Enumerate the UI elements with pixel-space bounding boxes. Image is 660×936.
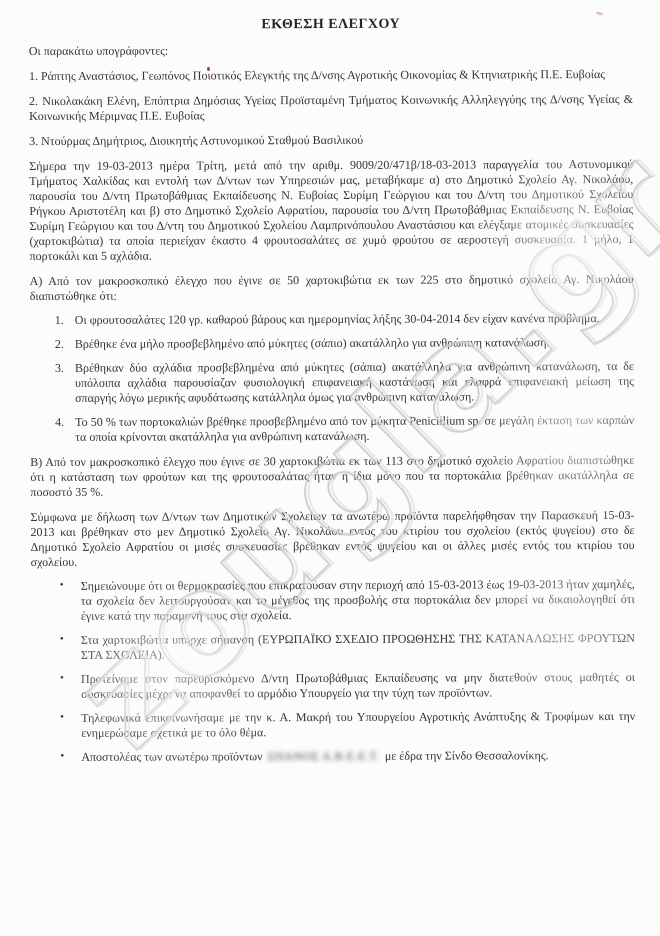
finding-item: 1. Οι φρουτοσαλάτες 120 γρ. καθαρού βάρο… — [30, 311, 634, 328]
intro-line: Οι παρακάτω υπογράφοντες: — [29, 42, 633, 59]
finding-text: Βρέθηκαν δύο αχλάδια προσβεβλημένα από μ… — [75, 359, 634, 405]
note-text: Στα χαρτοκιβώτια υπήρχε σήμανση (ΕΥΡΩΠΑΪ… — [81, 631, 635, 662]
note-text: Σημειώνουμε ότι οι θερμοκρασίες που επικ… — [81, 577, 635, 623]
note-text: Προτείναμε στον παρευρισκόμενο Δ/ντη Πρω… — [81, 670, 635, 701]
scanned-inspection-report-page: zougla.gr ΕΚΘΕΣΗ ΕΛΕΓΧΟΥ Οι παρακάτω υπο… — [0, 0, 660, 936]
opening-paragraph: Σήμερα την 19-03-2013 ημέρα Τρίτη, μετά … — [29, 157, 633, 264]
section-b-paragraph: Β) Από τον μακροσκοπικό έλεγχο που έγινε… — [30, 453, 634, 500]
finding-text: Οι φρουτοσαλάτες 120 γρ. καθαρού βάρους … — [75, 311, 600, 327]
bullet-marker: • — [60, 749, 64, 764]
note-item: • Προτείναμε στον παρευρισκόμενο Δ/ντη Π… — [31, 670, 635, 702]
finding-number: 2. — [55, 337, 64, 352]
red-dot-artifact — [207, 67, 210, 71]
sender-note-item: • Αποστολέας των ανωτέρω προϊόντων ΣΠΑΝΟ… — [31, 748, 635, 765]
finding-item: 3. Βρέθηκαν δύο αχλάδια προσβεβλημένα απ… — [30, 359, 634, 406]
section-a-findings-list: 1. Οι φρουτοσαλάτες 120 γρ. καθαρού βάρο… — [30, 311, 634, 445]
bullet-marker: • — [60, 632, 64, 647]
signatory-2: 2. Νικολακάκη Ελένη, Επόπτρια Δημόσιας Υ… — [29, 92, 633, 124]
blurred-company-name: ΣΠΑΝΟΣ Α.Β.Ε.Ε.Τ. — [266, 749, 382, 763]
finding-number: 1. — [55, 313, 64, 328]
document-title: ΕΚΘΕΣΗ ΕΛΕΓΧΟΥ — [29, 16, 633, 34]
delivery-paragraph: Σύμφωνα με δήλωση των Δ/ντων των Δημοτικ… — [30, 508, 634, 570]
finding-number: 3. — [55, 361, 64, 376]
bullet-marker: • — [60, 578, 64, 593]
document-content: ΕΚΘΕΣΗ ΕΛΕΓΧΟΥ Οι παρακάτω υπογράφοντες:… — [0, 0, 660, 765]
sender-text-prefix: Αποστολέας των ανωτέρω προϊόντων — [81, 749, 262, 764]
finding-item: 2. Βρέθηκε ένα μήλο προσβεβλημένο από μύ… — [30, 335, 634, 352]
finding-text: Βρέθηκε ένα μήλο προσβεβλημένο από μύκητ… — [75, 335, 550, 351]
bullet-marker: • — [60, 671, 64, 686]
note-item: • Τηλεφωνικά επικοινωνήσαμε με την κ. Α.… — [31, 709, 635, 741]
section-a-lead: Α) Από τον μακροσκοπικό έλεγχο που έγινε… — [30, 272, 634, 304]
notes-list: • Σημειώνουμε ότι οι θερμοκρασίες που επ… — [31, 577, 636, 765]
note-item: • Σημειώνουμε ότι οι θερμοκρασίες που επ… — [31, 577, 635, 624]
sender-text-suffix: με έδρα την Σίνδο Θεσσαλονίκης. — [385, 748, 549, 763]
bullet-marker: • — [60, 710, 64, 725]
finding-item: 4. Το 50 % των πορτοκαλιών βρέθηκε προσβ… — [30, 413, 634, 445]
signatory-1: 1. Ράπτης Αναστάσιος, Γεωπόνος Ποιοτικός… — [29, 67, 633, 84]
finding-number: 4. — [55, 415, 64, 430]
finding-text: Το 50 % των πορτοκαλιών βρέθηκε προσβεβλ… — [75, 413, 634, 444]
note-text: Τηλεφωνικά επικοινωνήσαμε με την κ. Α. Μ… — [81, 709, 635, 740]
signatory-3: 3. Ντούρμας Δημήτριος, Διοικητής Αστυνομ… — [29, 132, 633, 149]
note-item: • Στα χαρτοκιβώτια υπήρχε σήμανση (ΕΥΡΩΠ… — [31, 631, 635, 663]
